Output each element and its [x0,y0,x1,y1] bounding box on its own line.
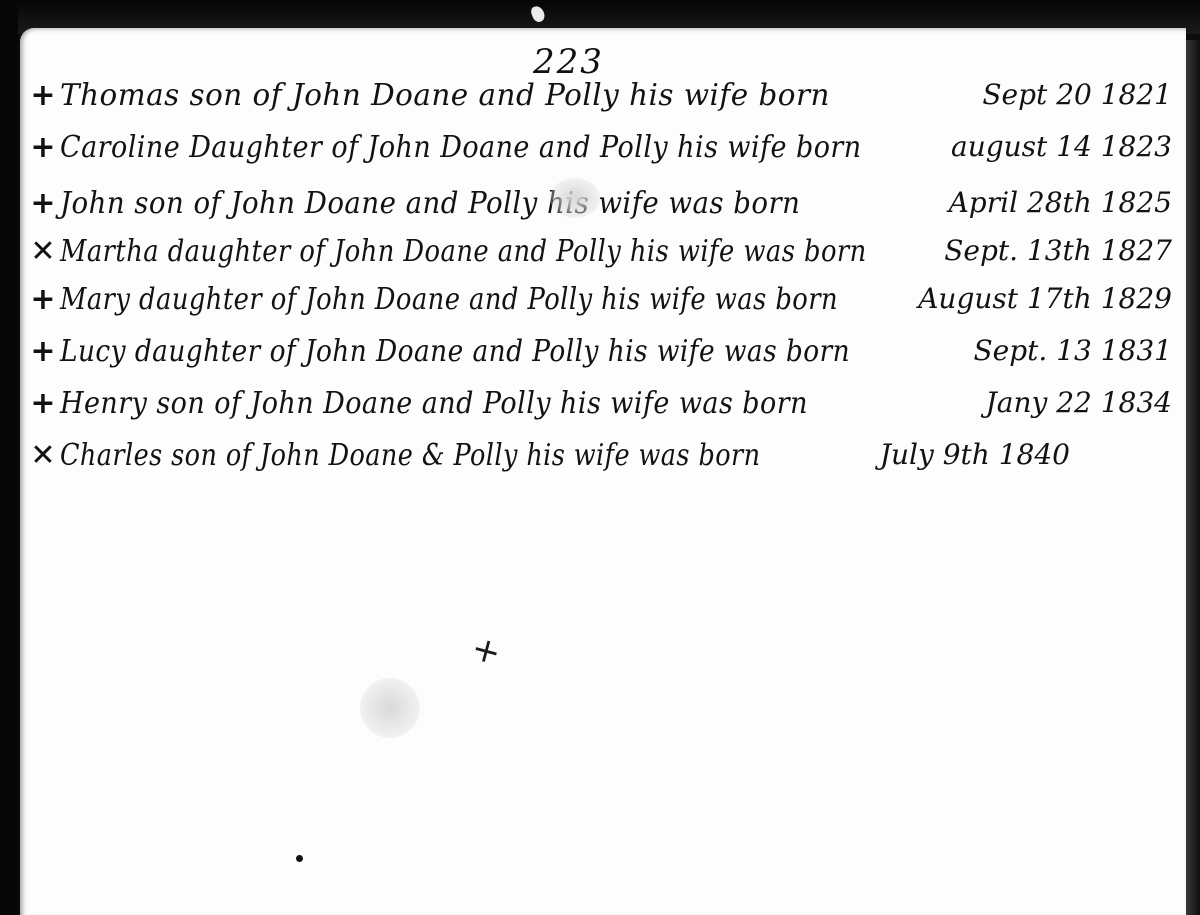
x-mark-icon: ✕ [30,234,56,269]
entry-date: April 28th 1825 [949,186,1172,219]
cross-mark-icon: + [30,186,56,221]
cross-mark-icon: + [30,130,56,165]
entry-date: August 17th 1829 [918,282,1172,315]
entry-date: august 14 1823 [951,130,1172,163]
register-page: 223 + Thomas son of John Doane and Polly… [20,28,1186,915]
entry-text: Henry son of John Doane and Polly his wi… [60,386,808,421]
entry-text: Mary daughter of John Doane and Polly hi… [60,282,838,317]
entry-charles: ✕ Charles son of John Doane & Polly his … [30,438,1130,480]
entry-date: Sept. 13 1831 [973,334,1172,367]
entry-date: Sept. 13th 1827 [944,234,1172,267]
entry-text: John son of John Doane and Polly his wif… [60,186,800,221]
entry-date: Sept 20 1821 [982,78,1172,111]
entry-caroline: + Caroline Daughter of John Doane and Po… [30,130,1190,172]
page-number: 223 [533,42,604,82]
entry-text: Lucy daughter of John Doane and Polly hi… [60,334,850,369]
entry-martha: ✕ Martha daughter of John Doane and Poll… [30,234,1190,276]
scan-border-left [0,0,18,915]
entry-text: Thomas son of John Doane and Polly his w… [60,78,830,113]
entry-mary: + Mary daughter of John Doane and Polly … [30,282,1190,324]
entry-lucy: + Lucy daughter of John Doane and Polly … [30,334,1190,376]
cross-mark-icon: + [30,334,56,369]
paper-smudge [550,178,600,218]
stray-cross-mark-icon: + [467,628,505,674]
x-mark-icon: ✕ [30,438,56,473]
entry-thomas: + Thomas son of John Doane and Polly his… [30,78,1190,120]
cross-mark-icon: + [30,282,56,317]
entry-text: Charles son of John Doane & Polly his wi… [60,438,760,473]
ink-dot [296,855,303,862]
paper-smudge [360,678,420,738]
entry-text: Martha daughter of John Doane and Polly … [60,234,867,269]
entry-john: + John son of John Doane and Polly his w… [30,186,1190,228]
entry-date: Jany 22 1834 [986,386,1172,419]
entry-text: Caroline Daughter of John Doane and Poll… [60,130,862,165]
entry-date: July 9th 1840 [880,438,1070,471]
cross-mark-icon: + [30,386,56,421]
entry-henry: + Henry son of John Doane and Polly his … [30,386,1190,428]
cross-mark-icon: + [30,78,56,113]
